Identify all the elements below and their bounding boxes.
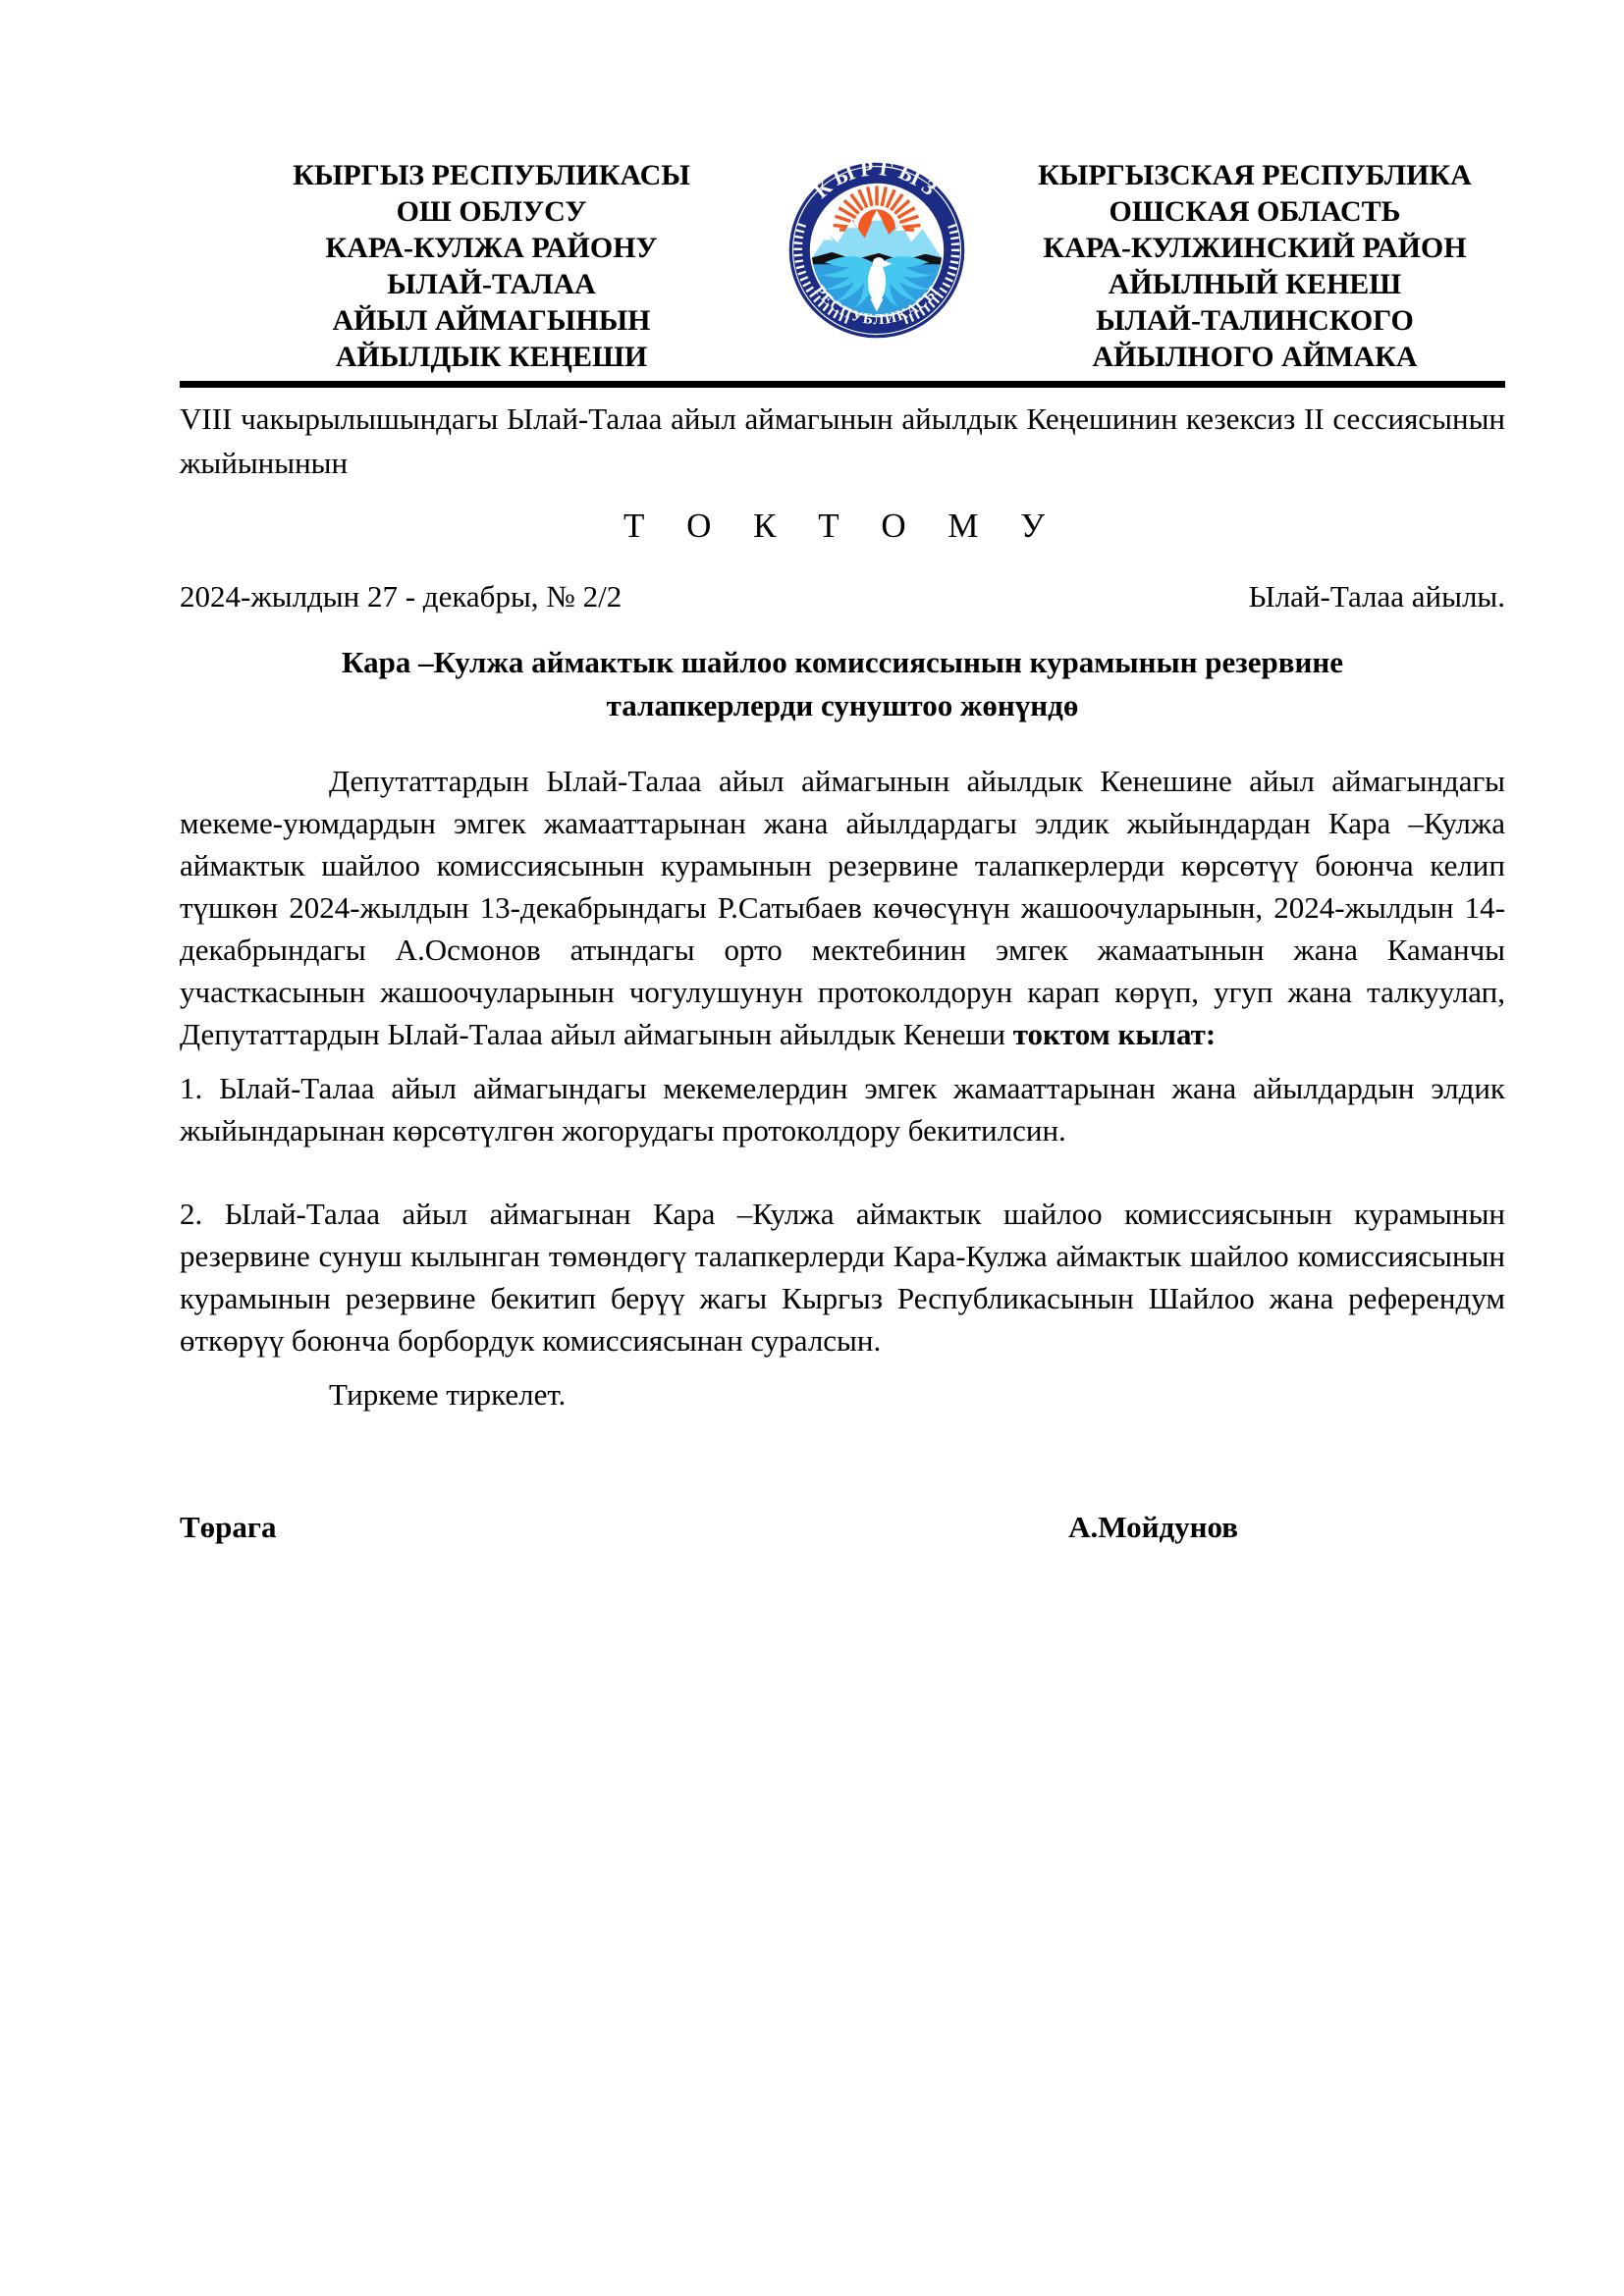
preamble-paragraph: Депутаттардын Ылай-Талаа айыл аймагынын … (180, 760, 1505, 1055)
date-number-line: 2024-жылдын 27 - декабры, № 2/2 (180, 575, 622, 617)
header-right-line: АЙЫЛНЫЙ КЕНЕШ (1004, 266, 1505, 302)
header-left-line: АЙЫЛДЫК КЕҢЕШИ (263, 339, 720, 375)
header-right-line: КАРА-КУЛЖИНСКИЙ РАЙОН (1004, 230, 1505, 266)
subject-line-1: Кара –Кулжа аймактык шайлоо комиссиясыны… (298, 641, 1387, 684)
header-left-column-kyrgyz: КЫРГЫЗ РЕСПУБЛИКАСЫ ОШ ОБЛУСУ КАРА-КУЛЖА… (263, 157, 720, 375)
attachment-note: Тиркеме тиркелет. (329, 1373, 1505, 1415)
subject-line-2: талапкерлерди сунуштоо жөнүндө (298, 684, 1387, 727)
signature-row: Төрага А.Мойдунов (180, 1506, 1505, 1548)
header-left-line: ЫЛАЙ-ТАЛАА (263, 266, 720, 302)
header-left-line: КЫРГЫЗ РЕСПУБЛИКАСЫ (263, 157, 720, 193)
header-divider-rule (180, 381, 1505, 388)
document-title: Т О К Т О М У (180, 507, 1505, 546)
signature-role: Төрага (180, 1506, 277, 1548)
header-left-line: АЙЫЛ АЙМАГЫНЫН (263, 302, 720, 339)
header-right-line: АЙЫЛНОГО АЙМАКА (1004, 339, 1505, 375)
preamble-text: Депутаттардын Ылай-Талаа айыл аймагынын … (180, 764, 1505, 1051)
meta-row: 2024-жылдын 27 - декабры, № 2/2 Ылай-Тал… (180, 575, 1505, 617)
header-right-line: ЫЛАЙ-ТАЛИНСКОГО (1004, 302, 1505, 339)
header-right-line: КЫРГЫЗСКАЯ РЕСПУБЛИКА (1004, 157, 1505, 193)
header-left-line: КАРА-КУЛЖА РАЙОНУ (263, 230, 720, 266)
header-right-line: ОШСКАЯ ОБЛАСТЬ (1004, 193, 1505, 230)
place-line: Ылай-Талаа айылы. (1249, 575, 1505, 617)
signature-name: А.Мойдунов (1068, 1506, 1238, 1548)
session-line: VIII чакырылышындагы Ылай-Талаа айыл айм… (180, 397, 1505, 485)
header-right-column-russian: КЫРГЫЗСКАЯ РЕСПУБЛИКА ОШСКАЯ ОБЛАСТЬ КАР… (1004, 157, 1505, 375)
preamble-resolution-phrase: токтом кылат: (1013, 1017, 1216, 1051)
header-left-line: ОШ ОБЛУСУ (263, 193, 720, 230)
document-header: КЫРГЫЗ РЕСПУБЛИКАСЫ ОШ ОБЛУСУ КАРА-КУЛЖА… (180, 157, 1505, 381)
subject-heading: Кара –Кулжа аймактык шайлоо комиссиясыны… (180, 641, 1505, 727)
resolution-item-2: 2. Ылай-Талаа айыл аймагынан Кара –Кулжа… (180, 1193, 1505, 1362)
kyrgyz-state-emblem-icon: КЫРГЫЗ РЕСПУБЛИКАСЫ (784, 157, 970, 344)
decree-document-page: КЫРГЫЗ РЕСПУБЛИКАСЫ ОШ ОБЛУСУ КАРА-КУЛЖА… (0, 0, 1624, 2296)
resolution-item-1: 1. Ылай-Талаа айыл аймагындагы мекемелер… (180, 1067, 1505, 1151)
